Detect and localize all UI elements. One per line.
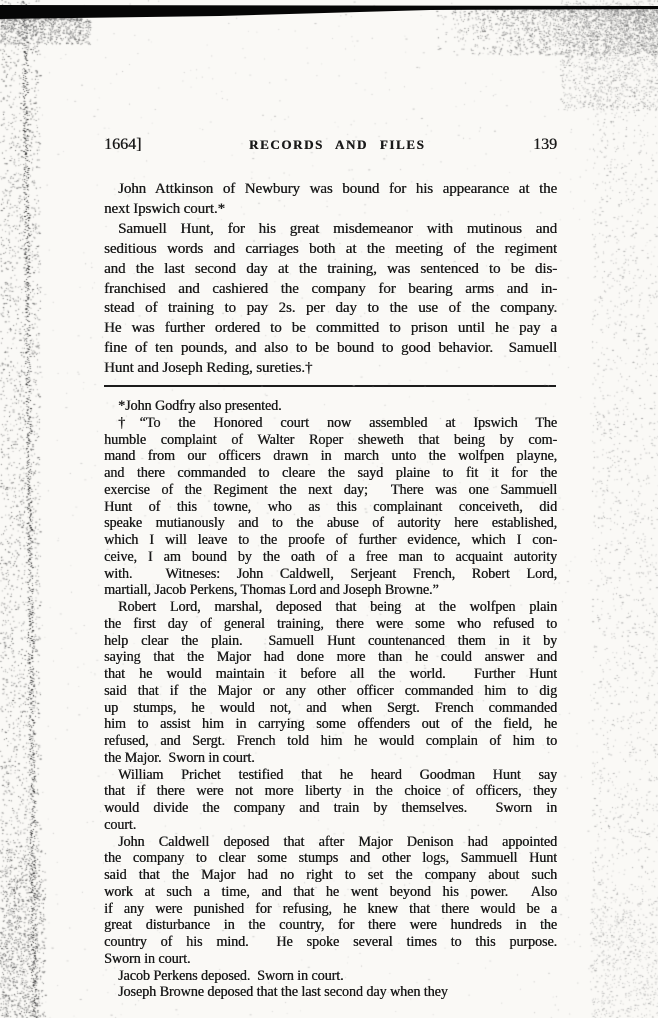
paragraph: *John Godfry also presented. <box>104 398 557 415</box>
text-line: the company to clear some stumps and oth… <box>104 850 557 867</box>
text-line: humble complaint of Walter Roper sheweth… <box>104 432 557 449</box>
text-line: Jacob Perkens deposed. Sworn in court. <box>104 968 557 985</box>
text-line: next Ipswich court.* <box>104 200 557 220</box>
text-line: William Prichet testified that he heard … <box>104 767 557 784</box>
text-line: saying that the Major had done more than… <box>104 649 557 666</box>
text-line: speake mutianously and to the abuse of a… <box>104 515 557 532</box>
scan-edge-bar <box>0 0 658 22</box>
text-line: country of his mind. He spoke several ti… <box>104 934 557 951</box>
text-line: refused, and Sergt. French told him he w… <box>104 733 557 750</box>
text-line: up stumps, he would not, and when Sergt.… <box>104 700 557 717</box>
text-line: him to assist him in carrying some offen… <box>104 716 557 733</box>
paragraph: Joseph Browne deposed that the last seco… <box>104 984 557 1001</box>
text-line: and there commanded to cleare the sayd p… <box>104 465 557 482</box>
text-line: John Attkinson of Newbury was bound for … <box>104 180 557 200</box>
text-line: *John Godfry also presented. <box>104 398 557 415</box>
text-line: the first day of general training, there… <box>104 616 557 633</box>
text-line: He was further ordered to be committed t… <box>104 319 557 339</box>
paragraph: Samuell Hunt, for his great misdemeanor … <box>104 220 557 379</box>
text-line: great disturbance in the country, for th… <box>104 917 557 934</box>
text-line: mand from our officers drawn in march un… <box>104 448 557 465</box>
footnote-separator-rule <box>104 385 556 387</box>
paragraph: Robert Lord, marshal, deposed that being… <box>104 599 557 767</box>
text-line: said that the Major had no right to set … <box>104 867 557 884</box>
paragraph: Jacob Perkens deposed. Sworn in court. <box>104 968 557 985</box>
text-line: that if there were not more liberty in t… <box>104 783 557 800</box>
text-line: that he would maintain it before all the… <box>104 666 557 683</box>
text-line: if any were punished for refusing, he kn… <box>104 901 557 918</box>
page-header: 1664] RECORDS AND FILES 139 <box>104 136 557 154</box>
text-line: which I will leave to the proofe of furt… <box>104 532 557 549</box>
paragraph: William Prichet testified that he heard … <box>104 767 557 834</box>
text-line: Hunt of this towne, who as this complain… <box>104 499 557 516</box>
text-line: ceive, I am bound by the oath of a free … <box>104 549 557 566</box>
text-line: Joseph Browne deposed that the last seco… <box>104 984 557 1001</box>
text-line: said that if the Major or any other offi… <box>104 683 557 700</box>
text-line: and the last second day at the training,… <box>104 260 557 280</box>
text-line: work at such a time, and that he went be… <box>104 884 557 901</box>
footnote-text: *John Godfry also presented.†“To the Hon… <box>104 398 557 1001</box>
text-line: Robert Lord, marshal, deposed that being… <box>104 599 557 616</box>
body-text: John Attkinson of Newbury was bound for … <box>104 180 557 379</box>
text-line: with. Witneses: John Caldwell, Serjeant … <box>104 566 557 583</box>
paragraph: †“To the Honored court now assembled at … <box>104 415 557 599</box>
text-line: John Caldwell deposed that after Major D… <box>104 834 557 851</box>
paragraph: John Caldwell deposed that after Major D… <box>104 834 557 968</box>
header-title: RECORDS AND FILES <box>249 137 425 153</box>
header-page-number: 139 <box>533 136 557 154</box>
text-line: would divide the company and train by th… <box>104 800 557 817</box>
text-line: Sworn in court. <box>104 951 557 968</box>
text-line: franchised and cashiered the company for… <box>104 280 557 300</box>
text-line: seditious words and carriages both at th… <box>104 240 557 260</box>
text-line: fine of ten pounds, and also to be bound… <box>104 339 557 359</box>
paragraph: John Attkinson of Newbury was bound for … <box>104 180 557 220</box>
text-line: exercise of the Regiment the next day; T… <box>104 482 557 499</box>
header-year: 1664] <box>104 136 141 154</box>
text-line: Samuell Hunt, for his great misdemeanor … <box>104 220 557 240</box>
text-line: help clear the plain. Samuell Hunt count… <box>104 633 557 650</box>
text-line: stead of training to pay 2s. per day to … <box>104 299 557 319</box>
text-line: martiall, Jacob Perkens, Thomas Lord and… <box>104 582 557 599</box>
text-line: the Major. Sworn in court. <box>104 750 557 767</box>
text-line: Hunt and Joseph Reding, sureties.† <box>104 359 557 379</box>
text-line: court. <box>104 817 557 834</box>
text-line: †“To the Honored court now assembled at … <box>104 415 557 432</box>
